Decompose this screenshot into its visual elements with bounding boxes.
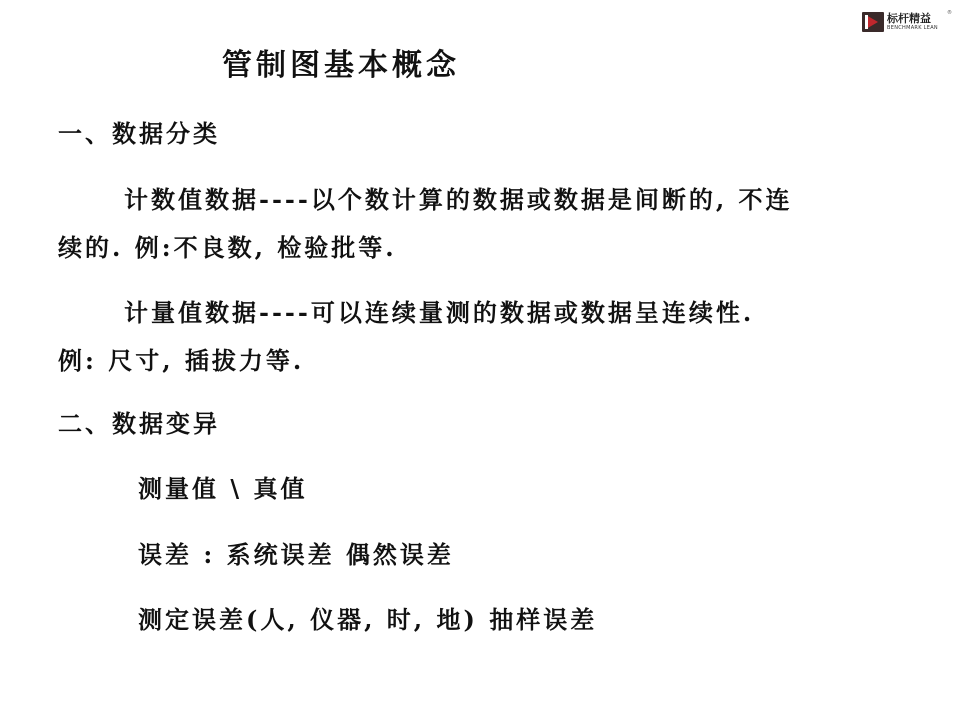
variation-measured-vs-true: 测量值 \ 真值 (138, 469, 307, 504)
section-heading-data-classification: 一、数据分类 (58, 114, 220, 149)
slide-title: 管制图基本概念 (222, 40, 460, 84)
section-heading-data-variation: 二、数据变异 (58, 404, 220, 439)
measurement-data-definition-line1: 计量值数据----可以连续量测的数据或数据呈连续性. (124, 293, 754, 328)
count-data-definition-line2: 续的. 例:不良数, 检验批等. (58, 228, 397, 263)
logo-mark-icon (862, 12, 884, 32)
logo-name-cn: 标杆精益 (887, 13, 938, 24)
logo-text: 标杆精益 BENCHMARK LEAN (887, 13, 938, 31)
logo-name-en: BENCHMARK LEAN (887, 26, 938, 31)
variation-error-types: 误差 : 系统误差 偶然误差 (138, 535, 454, 570)
variation-measurement-sampling-error: 测定误差(人, 仪器, 时, 地) 抽样误差 (138, 600, 597, 635)
registered-mark: ® (947, 10, 952, 16)
count-data-definition-line1: 计数值数据----以个数计算的数据或数据是间断的, 不连 (124, 180, 793, 215)
measurement-data-definition-line2: 例: 尺寸, 插拔力等. (58, 341, 304, 376)
brand-logo: 标杆精益 BENCHMARK LEAN ® (862, 10, 954, 34)
